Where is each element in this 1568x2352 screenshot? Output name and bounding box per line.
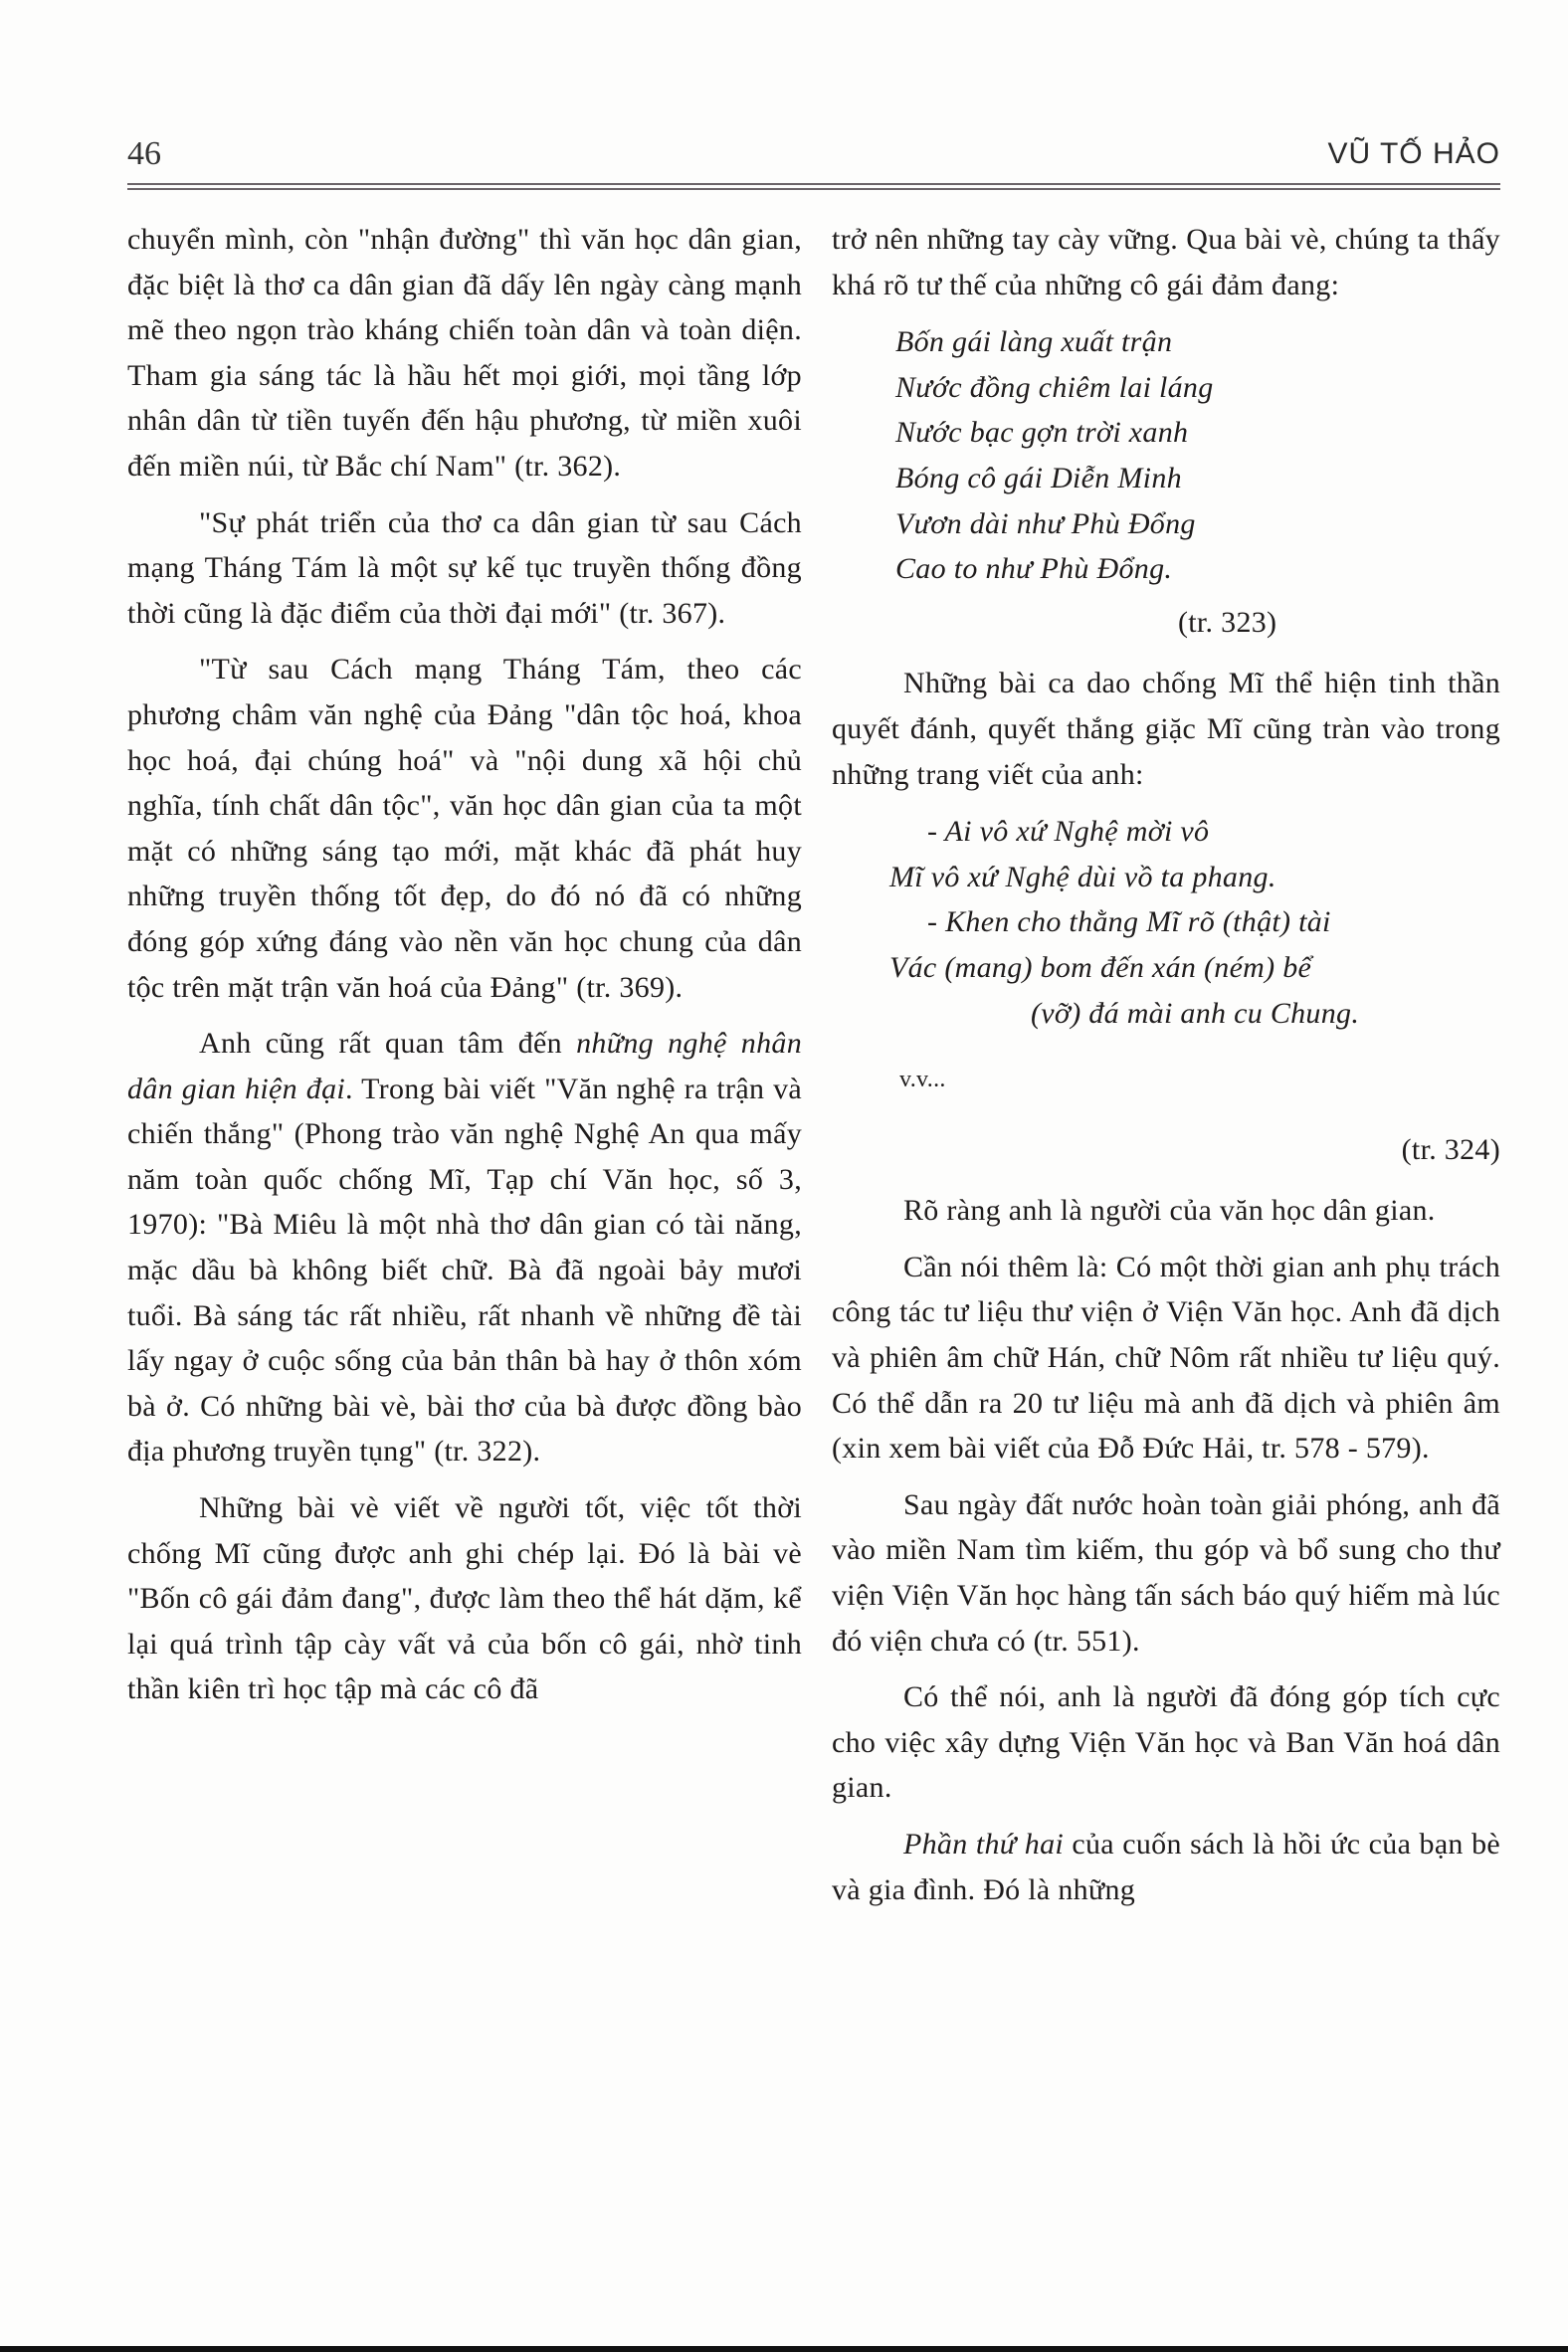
verse-line: - Khen cho thằng Mĩ rõ (thật) tài xyxy=(832,899,1500,945)
right-column: trở nên những tay cày vững. Qua bài vè, … xyxy=(832,217,1500,1923)
left-column: chuyển mình, còn "nhận đường" thì văn họ… xyxy=(127,217,802,1723)
scan-bottom-edge xyxy=(0,2346,1568,2352)
verse-line: Bốn gái làng xuất trận xyxy=(832,319,1500,365)
page-header: 46 VŨ TỐ HẢO xyxy=(127,127,1500,187)
paragraph: Rõ ràng anh là người của văn học dân gia… xyxy=(832,1188,1500,1234)
verse-block: Bốn gái làng xuất trận Nước đồng chiêm l… xyxy=(832,319,1500,592)
paragraph: Sau ngày đất nước hoàn toàn giải phóng, … xyxy=(832,1482,1500,1664)
etcetera: v.v... xyxy=(832,1058,1500,1103)
paragraph: "Từ sau Cách mạng Tháng Tám, theo các ph… xyxy=(127,647,802,1010)
paragraph: chuyển mình, còn "nhận đường" thì văn họ… xyxy=(127,217,802,490)
verse-line: (vỡ) đá mài anh cu Chung. xyxy=(832,991,1500,1037)
paragraph: Cần nói thêm là: Có một thời gian anh ph… xyxy=(832,1245,1500,1471)
paragraph: Những bài vè viết về người tốt, việc tốt… xyxy=(127,1485,802,1712)
verse-line: - Ai vô xứ Nghệ mời vô xyxy=(832,809,1500,855)
verse-line: Nước đồng chiêm lai láng xyxy=(832,365,1500,411)
paragraph: Anh cũng rất quan tâm đến những nghệ nhâ… xyxy=(127,1021,802,1474)
text-span: Anh cũng rất quan tâm đến xyxy=(199,1027,576,1060)
paragraph: Có thể nói, anh là người đã đóng góp tíc… xyxy=(832,1674,1500,1811)
verse-line: Cao to như Phù Đổng. xyxy=(832,546,1500,592)
verse-line: Vươn dài như Phù Đổng xyxy=(832,501,1500,547)
header-rule-bottom xyxy=(127,188,1500,190)
running-title: VŨ TỐ HẢO xyxy=(1328,137,1500,171)
verse-line: Mĩ vô xứ Nghệ dùi vồ ta phang. xyxy=(832,855,1500,900)
italic-phrase: Phần thứ hai xyxy=(903,1828,1064,1861)
text-span: . Trong bài viết "Văn nghệ ra trận và ch… xyxy=(127,1073,802,1469)
citation: (tr. 324) xyxy=(832,1127,1500,1173)
verse-line: Nước bạc gợn trời xanh xyxy=(832,410,1500,456)
verse-line: Vác (mang) bom đến xán (ném) bể xyxy=(832,945,1500,991)
paragraph: Phần thứ hai của cuốn sách là hồi ức của… xyxy=(832,1822,1500,1912)
verse-block: - Ai vô xứ Nghệ mời vô Mĩ vô xứ Nghệ dùi… xyxy=(832,809,1500,1036)
verse-line: Bóng cô gái Diễn Minh xyxy=(832,456,1500,501)
citation: (tr. 323) xyxy=(832,600,1500,646)
paragraph: "Sự phát triển của thơ ca dân gian từ sa… xyxy=(127,500,802,637)
header-rule-top xyxy=(127,183,1500,185)
paragraph: Những bài ca dao chống Mĩ thể hiện tinh … xyxy=(832,661,1500,797)
page-number: 46 xyxy=(127,135,161,173)
paragraph: trở nên những tay cày vững. Qua bài vè, … xyxy=(832,217,1500,307)
